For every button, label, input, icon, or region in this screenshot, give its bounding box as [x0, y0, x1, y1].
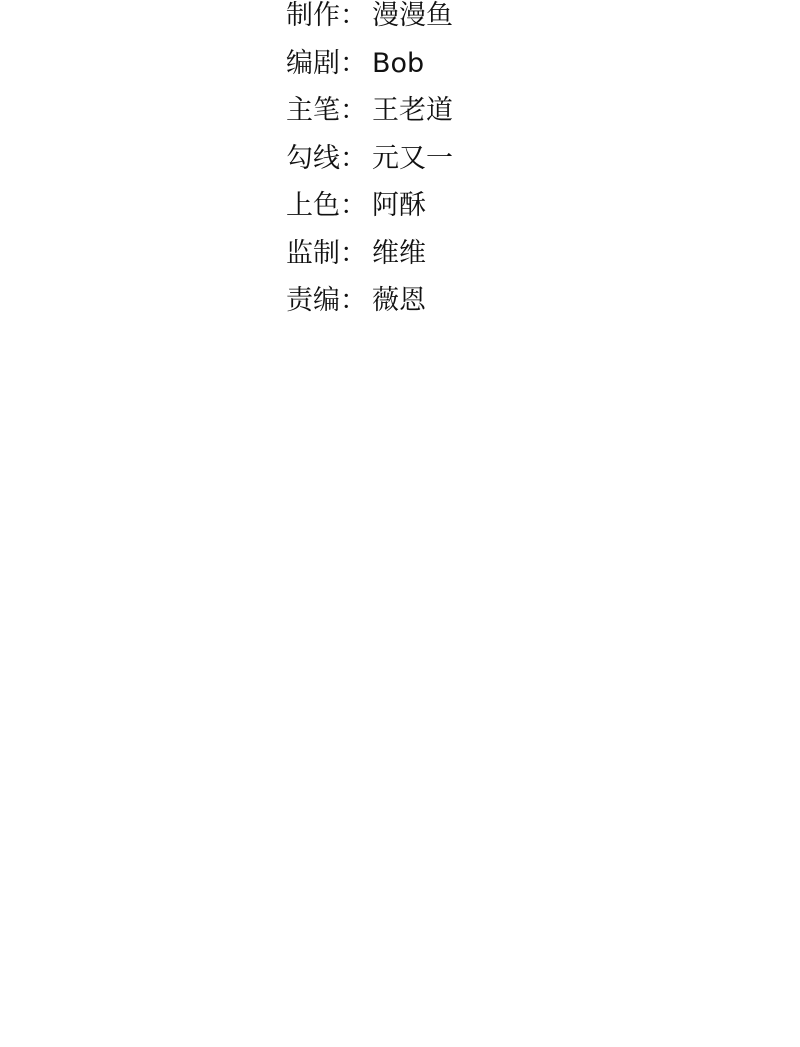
credit-name-value: 维维 [372, 230, 426, 278]
blank-page-area [0, 330, 800, 1047]
credits-list: 制作：漫漫鱼 编剧：Bob 主笔：王老道 勾线：元又一 上色：阿酥 监制：维维 … [286, 0, 453, 325]
credit-role-label: 监制： [286, 230, 372, 278]
credit-role-label: 编剧： [286, 40, 372, 88]
credit-name-value: 阿酥 [372, 182, 426, 230]
credit-role-label: 主笔： [286, 87, 372, 135]
credit-supervisor: 监制：维维 [286, 230, 453, 278]
credit-lead-artist: 主笔：王老道 [286, 87, 453, 135]
credit-name-value: 王老道 [372, 87, 453, 135]
credit-editor: 责编：薇恩 [286, 277, 453, 325]
credit-name-value: 漫漫鱼 [372, 0, 453, 40]
credit-screenwriter: 编剧：Bob [286, 40, 453, 88]
credit-producer: 制作：漫漫鱼 [286, 0, 453, 40]
credit-line-art: 勾线：元又一 [286, 135, 453, 183]
credit-name-value: 薇恩 [372, 277, 426, 325]
credit-role-label: 勾线： [286, 135, 372, 183]
credit-coloring: 上色：阿酥 [286, 182, 453, 230]
credit-role-label: 责编： [286, 277, 372, 325]
credit-name-value: 元又一 [372, 135, 453, 183]
credit-role-label: 上色： [286, 182, 372, 230]
credit-name-value: Bob [372, 40, 424, 88]
credit-role-label: 制作： [286, 0, 372, 40]
